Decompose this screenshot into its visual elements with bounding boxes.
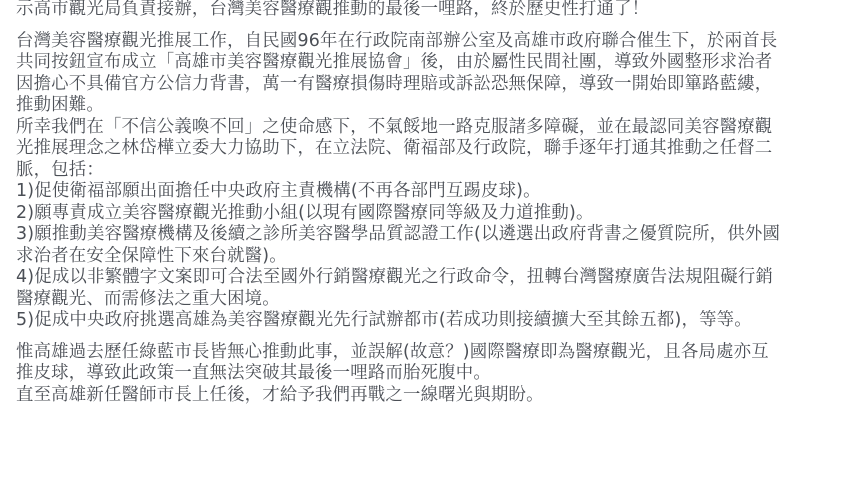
list-item-5: 5)促成中央政府挑選高雄為美容醫療觀光先行試辦都市(若成功則接續擴大至其餘五都)… (16, 310, 856, 332)
paragraph-history: 台灣美容醫療觀光推展工作，自民國96年在行政院南部辦公室及高雄市政府聯合催生下，… (16, 31, 856, 332)
list-item-4-cont: 醫療觀光、而需修法之重大困境。 (16, 289, 856, 311)
text-line: 推動困難。 (16, 95, 856, 117)
text-line: 光推展理念之林岱樺立委大力協助下，在立法院、衛福部及行政院，聯手逐年打通其推動之… (16, 138, 856, 160)
text-line: 示高市觀光局負責接辦，台灣美容醫療觀推動的最後一哩路，終於歷史性打通了！ (16, 0, 856, 21)
text-line: 惟高雄過去歷任綠藍市長皆無心推動此事，並誤解(故意？)國際醫療即為醫療觀光，且各… (16, 342, 856, 364)
paragraph-conclusion: 惟高雄過去歷任綠藍市長皆無心推動此事，並誤解(故意？)國際醫療即為醫療觀光，且各… (16, 342, 856, 407)
text-line: 共同按鈕宣布成立「高雄市美容醫療觀光推展協會」後，由於屬性民間社團，導致外國整形… (16, 52, 856, 74)
text-line: 直至高雄新任醫師市長上任後，才給予我們再戰之一線曙光與期盼。 (16, 385, 856, 407)
paragraph-intro: 示高市觀光局負責接辦，台灣美容醫療觀推動的最後一哩路，終於歷史性打通了！ (16, 0, 856, 21)
text-line: 脈，包括： (16, 160, 856, 182)
paragraph-gap (16, 21, 856, 31)
list-item-1: 1)促使衛福部願出面擔任中央政府主責機構(不再各部門互踢皮球)。 (16, 181, 856, 203)
text-line: 台灣美容醫療觀光推展工作，自民國96年在行政院南部辦公室及高雄市政府聯合催生下，… (16, 31, 856, 53)
text-line: 所幸我們在「不信公義喚不回」之使命感下，不氣餒地一路克服諸多障礙，並在最認同美容… (16, 117, 856, 139)
text-line: 因擔心不具備官方公信力背書，萬一有醫療損傷時理賠或訴訟恐無保障，導致一開始即篳路… (16, 74, 856, 96)
post-body: 示高市觀光局負責接辦，台灣美容醫療觀推動的最後一哩路，終於歷史性打通了！ 台灣美… (16, 0, 856, 406)
list-item-3-cont: 求治者在安全保障性下來台就醫)。 (16, 246, 856, 268)
list-item-2: 2)願專責成立美容醫療觀光推動小組(以現有國際醫療同等級及力道推動)。 (16, 203, 856, 225)
text-line: 推皮球，導致此政策一直無法突破其最後一哩路而胎死腹中。 (16, 363, 856, 385)
list-item-4: 4)促成以非繁體字文案即可合法至國外行銷醫療觀光之行政命令，扭轉台灣醫療廣告法規… (16, 267, 856, 289)
paragraph-gap (16, 332, 856, 342)
list-item-3: 3)願推動美容醫療機構及後續之診所美容醫學品質認證工作(以遴選出政府背書之優質院… (16, 224, 856, 246)
